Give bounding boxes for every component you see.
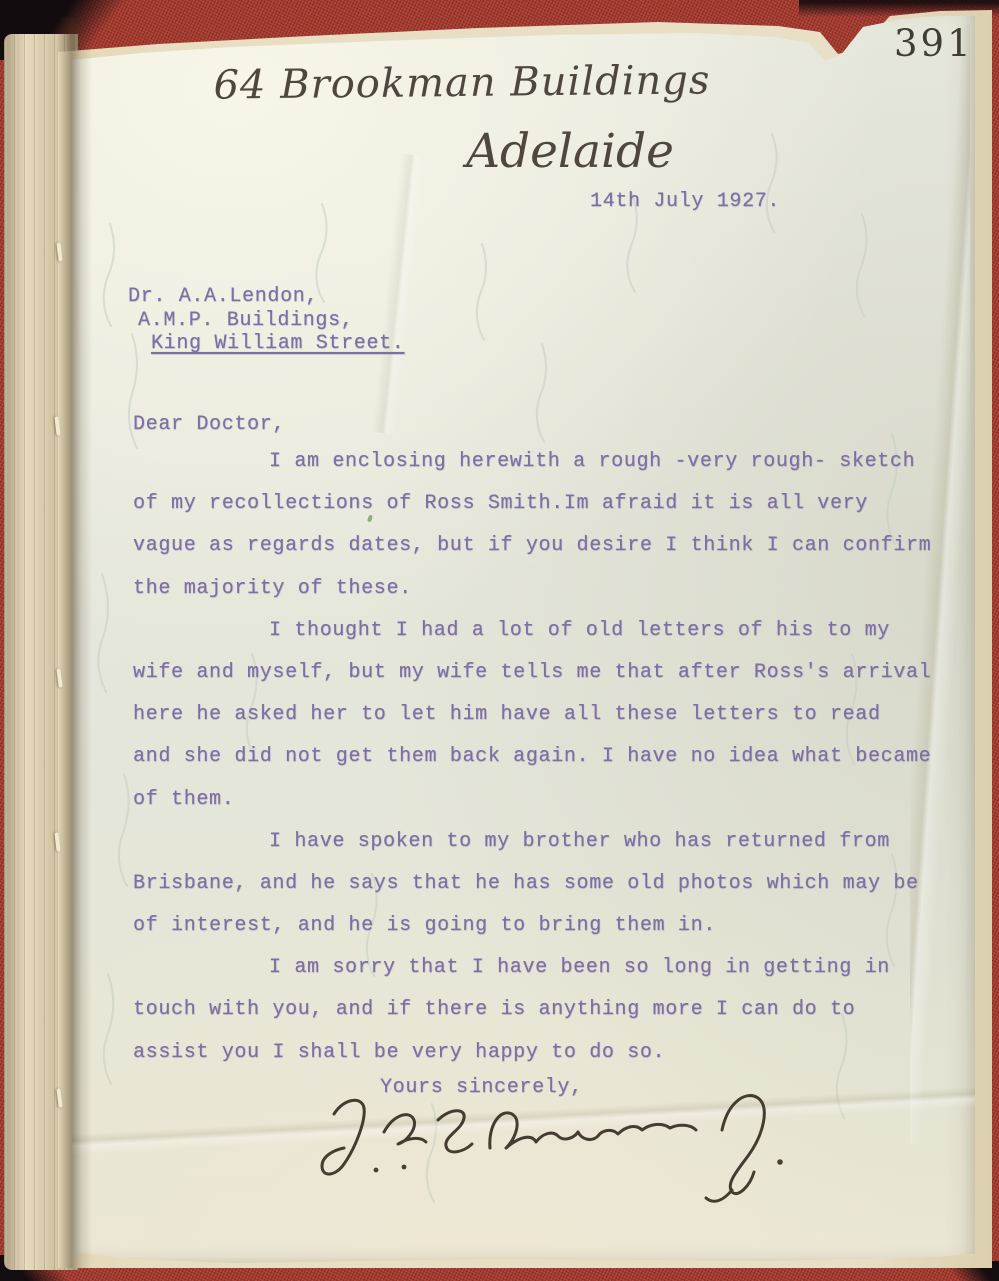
typed-line: I have spoken to my brother who has retu… <box>133 821 963 863</box>
typed-line: vague as regards dates, but if you desir… <box>133 525 963 567</box>
salutation: Dear Doctor, <box>133 413 285 436</box>
letterhead-address: 64 Brookman Buildings <box>182 57 742 109</box>
paragraph: I am enclosing herewith a rough -very ro… <box>133 441 963 610</box>
typed-line: of my recollections of Ross Smith.Im afr… <box>133 483 963 525</box>
binding-gutter-shadow <box>58 18 92 1268</box>
typed-line: of interest, and he is going to bring th… <box>133 905 963 947</box>
paragraph: I am sorry that I have been so long in g… <box>133 947 963 1074</box>
signature <box>318 1086 818 1211</box>
typed-line: I am enclosing herewith a rough -very ro… <box>133 441 963 483</box>
recipient-street: King William Street. <box>151 332 404 356</box>
paragraph: I thought I had a lot of old letters of … <box>133 610 963 821</box>
recipient-building: A.M.P. Buildings, <box>138 309 404 333</box>
letter-paper: 391 64 Brookman Buildings Adelaide 14th … <box>72 14 975 1264</box>
recipient-block: Dr. A.A.Lendon, A.M.P. Buildings, King W… <box>128 285 404 356</box>
typed-line: here he asked her to let him have all th… <box>133 694 963 736</box>
paragraph: I have spoken to my brother who has retu… <box>133 821 963 948</box>
typed-line: I thought I had a lot of old letters of … <box>133 610 963 652</box>
typed-line: wife and myself, but my wife tells me th… <box>133 652 963 694</box>
date-line: 14th July 1927. <box>590 190 780 213</box>
scanned-letter-page: 391 64 Brookman Buildings Adelaide 14th … <box>0 0 999 1281</box>
typed-line: of them. <box>133 779 963 821</box>
typed-line: I am sorry that I have been so long in g… <box>133 947 963 989</box>
typed-line: touch with you, and if there is anything… <box>133 989 963 1031</box>
typed-line: and she did not get them back again. I h… <box>133 736 963 778</box>
recipient-name: Dr. A.A.Lendon, <box>128 285 404 309</box>
typed-line: assist you I shall be very happy to do s… <box>133 1032 963 1074</box>
letter-body: I am enclosing herewith a rough -very ro… <box>133 441 963 1074</box>
typed-line: the majority of these. <box>133 568 963 610</box>
letterhead-city: Adelaide <box>435 124 705 179</box>
typed-line: Brisbane, and he says that he has some o… <box>133 863 963 905</box>
